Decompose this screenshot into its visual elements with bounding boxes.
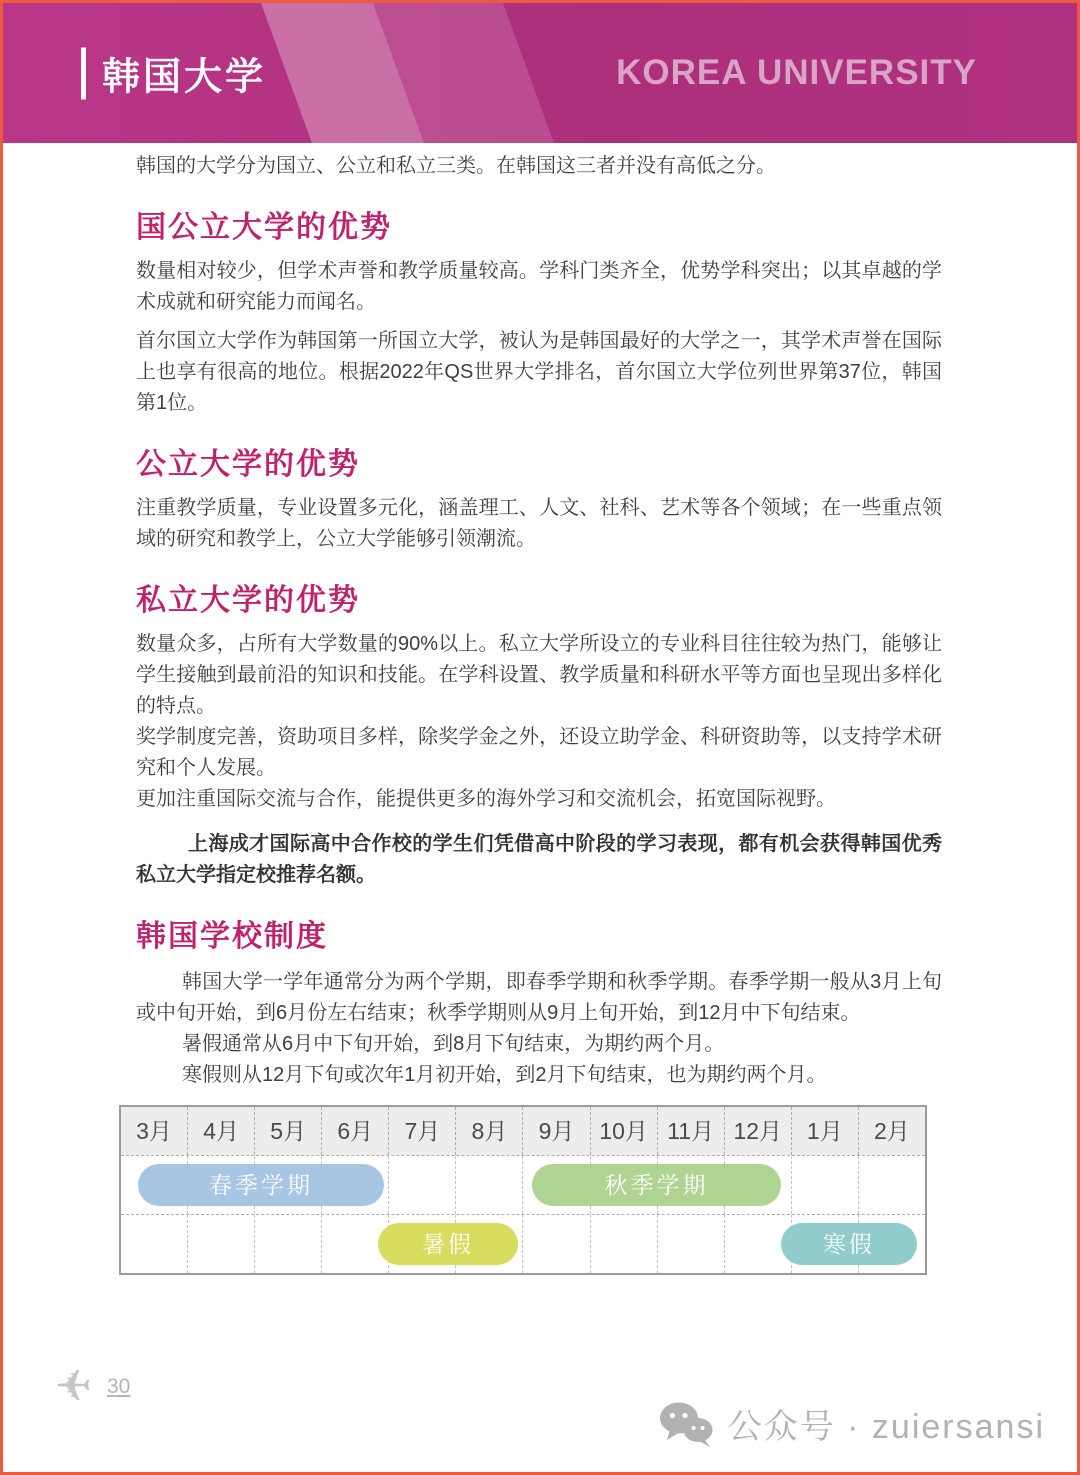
grid-cell bbox=[255, 1215, 322, 1273]
highlight-paragraph: 上海成才国际高中合作校的学生们凭借高中阶段的学习表现，都有机会获得韩国优秀私立大… bbox=[136, 829, 942, 891]
semester-row: 春季学期 秋季学期 bbox=[121, 1155, 925, 1214]
month-cell: 9月 bbox=[523, 1107, 590, 1155]
paragraph: 更加注重国际交流与合作，能提供更多的海外学习和交流机会，拓宽国际视野。 bbox=[136, 784, 942, 815]
section-heading-national-public: 国公立大学的优势 bbox=[136, 208, 942, 248]
title-accent-bar bbox=[81, 47, 86, 99]
grid-cell bbox=[658, 1215, 725, 1273]
section-heading-public: 公立大学的优势 bbox=[136, 445, 942, 485]
paragraph: 暑假通常从6月中下旬开始，到8月下旬结束，为期约两个月。 bbox=[136, 1029, 942, 1060]
content-area: 韩国的大学分为国立、公立和私立三类。在韩国这三者并没有高低之分。 国公立大学的优… bbox=[3, 151, 1077, 1275]
summer-vacation-bar: 暑假 bbox=[378, 1223, 518, 1265]
month-cell: 6月 bbox=[322, 1107, 389, 1155]
month-cell: 10月 bbox=[591, 1107, 658, 1155]
paragraph: 首尔国立大学作为韩国第一所国立大学，被认为是韩国最好的大学之一，其学术声誉在国际… bbox=[136, 326, 942, 419]
paragraph: 奖学制度完善，资助项目多样，除奖学金之外，还设立助学金、科研资助等，以支持学术研… bbox=[136, 722, 942, 784]
grid-cell bbox=[121, 1215, 188, 1273]
section-heading-private: 私立大学的优势 bbox=[136, 581, 942, 621]
month-cell: 4月 bbox=[188, 1107, 255, 1155]
grid-cell bbox=[859, 1156, 925, 1214]
grid-cell bbox=[591, 1215, 658, 1273]
vacation-row: 暑假 寒假 bbox=[121, 1214, 925, 1273]
month-cell: 5月 bbox=[255, 1107, 322, 1155]
grid-cell bbox=[792, 1156, 859, 1214]
month-cell: 12月 bbox=[725, 1107, 792, 1155]
grid-cell bbox=[523, 1215, 590, 1273]
airplane-icon: ✈ bbox=[55, 1361, 92, 1412]
paragraph: 韩国大学一学年通常分为两个学期，即春季学期和秋季学期。春季学期一般从3月上旬或中… bbox=[136, 967, 942, 1029]
month-cell: 1月 bbox=[792, 1107, 859, 1155]
header-banner: 韩国大学 KOREA UNIVERSITY bbox=[3, 3, 1077, 143]
watermark: 公众号 · zuiersansi bbox=[658, 1399, 1045, 1448]
academic-calendar-table: 3月 4月 5月 6月 7月 8月 9月 10月 11月 12月 1月 2月 春… bbox=[119, 1105, 927, 1275]
paragraph: 数量众多，占所有大学数量的90%以上。私立大学所设立的专业科目往往较为热门，能够… bbox=[136, 629, 942, 722]
page-number: 30 bbox=[107, 1375, 130, 1399]
intro-paragraph: 韩国的大学分为国立、公立和私立三类。在韩国这三者并没有高低之分。 bbox=[136, 151, 942, 182]
spring-semester-bar: 春季学期 bbox=[138, 1164, 384, 1206]
page-title-english: KOREA UNIVERSITY bbox=[616, 53, 977, 93]
month-cell: 7月 bbox=[389, 1107, 456, 1155]
month-cell: 3月 bbox=[121, 1107, 188, 1155]
page-title: 韩国大学 bbox=[102, 46, 266, 101]
month-cell: 8月 bbox=[456, 1107, 523, 1155]
grid-cell bbox=[188, 1215, 255, 1273]
school-system-paragraphs: 韩国大学一学年通常分为两个学期，即春季学期和秋季学期。春季学期一般从3月上旬或中… bbox=[136, 967, 942, 1091]
paragraph: 数量相对较少，但学术声誉和教学质量较高。学科门类齐全，优势学科突出；以其卓越的学… bbox=[136, 256, 942, 318]
private-univ-paragraphs: 数量众多，占所有大学数量的90%以上。私立大学所设立的专业科目往往较为热门，能够… bbox=[136, 629, 942, 815]
section-heading-school-system: 韩国学校制度 bbox=[136, 917, 942, 957]
grid-cell bbox=[456, 1156, 523, 1214]
paragraph: 寒假则从12月下旬或次年1月初开始，到2月下旬结束，也为期约两个月。 bbox=[136, 1060, 942, 1091]
month-cell: 2月 bbox=[859, 1107, 925, 1155]
banner-title-group: 韩国大学 bbox=[81, 46, 266, 101]
paragraph: 注重教学质量，专业设置多元化，涵盖理工、人文、社科、艺术等各个领域；在一些重点领… bbox=[136, 493, 942, 555]
document-page: 韩国大学 KOREA UNIVERSITY 韩国的大学分为国立、公立和私立三类。… bbox=[0, 0, 1080, 1475]
month-cell: 11月 bbox=[658, 1107, 725, 1155]
calendar-month-header-row: 3月 4月 5月 6月 7月 8月 9月 10月 11月 12月 1月 2月 bbox=[121, 1107, 925, 1155]
autumn-semester-bar: 秋季学期 bbox=[532, 1164, 781, 1206]
grid-cell bbox=[389, 1156, 456, 1214]
watermark-text: 公众号 · zuiersansi bbox=[728, 1399, 1045, 1448]
wechat-icon bbox=[658, 1401, 714, 1447]
winter-vacation-bar: 寒假 bbox=[781, 1223, 917, 1265]
